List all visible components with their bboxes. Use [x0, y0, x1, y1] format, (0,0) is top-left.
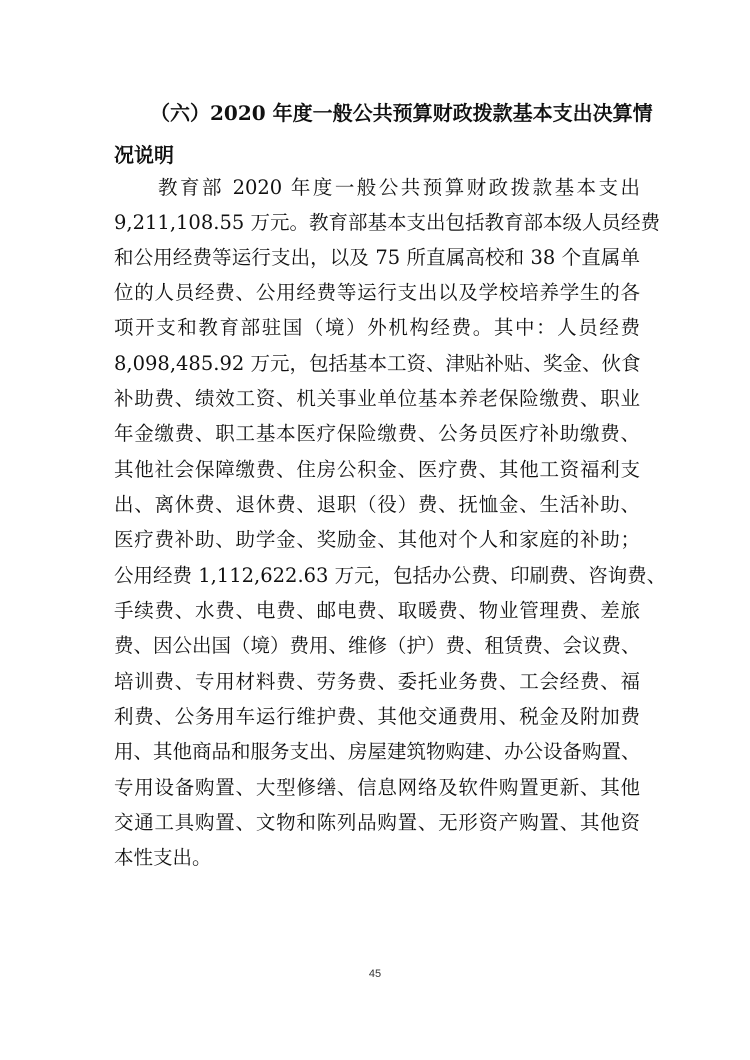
body-line: 和公用经费等运行支出，以及 75 所直属高校和 38 个直属单	[114, 243, 640, 273]
section-title-line-2: 况说明	[114, 140, 640, 170]
body-line: 出、离休费、退休费、退职（役）费、抚恤金、生活补助、	[114, 490, 640, 520]
body-line: 公用经费 1,112,622.63 万元，包括办公费、印刷费、咨询费、	[114, 561, 640, 591]
body-line: 教育部 2020 年度一般公共预算财政拨款基本支出	[158, 173, 640, 203]
body-line: 项开支和教育部驻国（境）外机构经费。其中：人员经费	[114, 313, 640, 343]
body-line: 培训费、专用材料费、劳务费、委托业务费、工会经费、福	[114, 667, 640, 697]
section-title-line-1: （六）2020 年度一般公共预算财政拨款基本支出决算情	[150, 98, 640, 128]
page-number: 45	[360, 966, 390, 982]
body-line: 用、其他商品和服务支出、房屋建筑物购建、办公设备购置、	[114, 737, 640, 767]
body-line: 9,211,108.55 万元。教育部基本支出包括教育部本级人员经费	[114, 208, 640, 238]
body-line: 费、因公出国（境）费用、维修（护）费、租赁费、会议费、	[114, 631, 640, 661]
body-line: 其他社会保障缴费、住房公积金、医疗费、其他工资福利支	[114, 455, 640, 485]
body-line: 位的人员经费、公用经费等运行支出以及学校培养学生的各	[114, 278, 640, 308]
document-page: （六）2020 年度一般公共预算财政拨款基本支出决算情 况说明 教育部 2020…	[0, 0, 750, 1060]
body-line: 交通工具购置、文物和陈列品购置、无形资产购置、其他资	[114, 808, 640, 838]
body-line: 本性支出。	[114, 843, 640, 873]
body-line: 手续费、水费、电费、邮电费、取暖费、物业管理费、差旅	[114, 596, 640, 626]
body-line: 专用设备购置、大型修缮、信息网络及软件购置更新、其他	[114, 773, 640, 803]
body-line: 补助费、绩效工资、机关事业单位基本养老保险缴费、职业	[114, 384, 640, 414]
body-line: 8,098,485.92 万元，包括基本工资、津贴补贴、奖金、伙食	[114, 349, 640, 379]
body-line: 年金缴费、职工基本医疗保险缴费、公务员医疗补助缴费、	[114, 419, 640, 449]
body-line: 利费、公务用车运行维护费、其他交通费用、税金及附加费	[114, 702, 640, 732]
body-line: 医疗费补助、助学金、奖励金、其他对个人和家庭的补助；	[114, 525, 640, 555]
